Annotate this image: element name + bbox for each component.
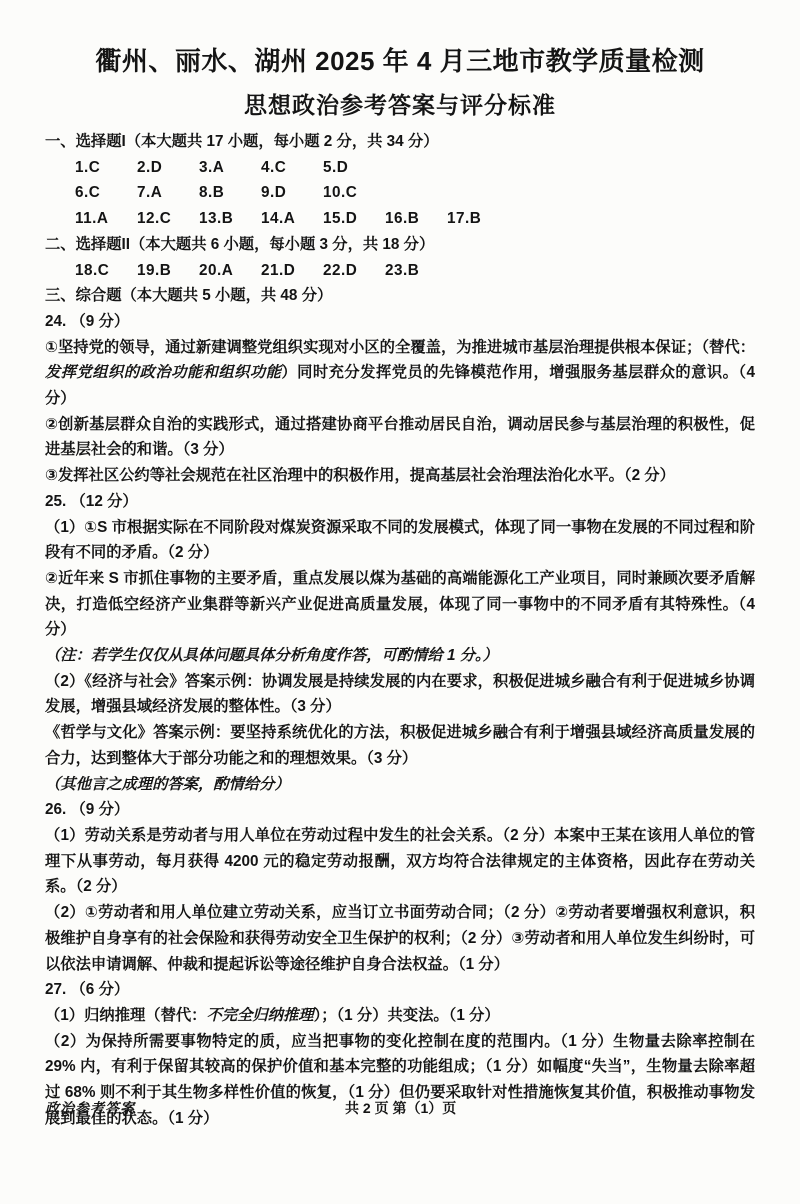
answer-item: 22.D xyxy=(323,258,385,284)
document-page: 衢州、丽水、湖州 2025 年 4 月三地市教学质量检测 思想政治参考答案与评分… xyxy=(0,0,800,1204)
text-segment: 25. （12 分） xyxy=(45,493,138,510)
text-segment: （1）①S 市根据实际在不同阶段对煤炭资源采取不同的发展模式，体现了同一事物在发… xyxy=(45,519,755,562)
paragraph: （1）归纳推理（替代：不完全归纳推理）；（1 分）共变法。（1 分） xyxy=(45,1003,755,1029)
text-segment: （本大题共 6 小题，每小题 3 分，共 18 分） xyxy=(130,236,434,253)
answer-item: 1.C xyxy=(75,155,137,181)
answer-item: 9.D xyxy=(261,180,323,206)
answer-item: 17.B xyxy=(447,206,509,232)
section-heading: 二、选择题II（本大题共 6 小题，每小题 3 分，共 18 分） xyxy=(45,232,755,258)
answer-item: 11.A xyxy=(75,206,137,232)
answer-row: 6.C7.A8.B9.D10.C xyxy=(45,180,755,206)
paragraph: ②创新基层群众自治的实践形式，通过搭建协商平台推动居民自治，调动居民参与基层治理… xyxy=(45,412,755,463)
document-body: 一、选择题I（本大题共 17 小题，每小题 2 分，共 34 分）1.C2.D3… xyxy=(0,129,800,1131)
answer-item: 20.A xyxy=(199,258,261,284)
answer-item: 5.D xyxy=(323,155,385,181)
text-segment: （本大题共 5 小题，共 48 分） xyxy=(122,287,333,304)
answer-row: 11.A12.C13.B14.A15.D16.B17.B xyxy=(45,206,755,232)
question-heading: 24. （9 分） xyxy=(45,309,755,335)
paragraph: （其他言之成理的答案，酌情给分） xyxy=(45,772,755,798)
paragraph: （注：若学生仅仅从具体问题具体分析角度作答，可酌情给 1 分。） xyxy=(45,643,755,669)
text-segment: 一、选择题I xyxy=(45,133,126,150)
text-segment: （2）①劳动者和用人单位建立劳动关系，应当订立书面劳动合同；（2 分）②劳动者要… xyxy=(45,904,755,972)
text-segment: 发挥党组织的政治功能和组织功能 xyxy=(45,364,281,381)
paragraph: （1）①S 市根据实际在不同阶段对煤炭资源采取不同的发展模式，体现了同一事物在发… xyxy=(45,515,755,566)
answer-item: 21.D xyxy=(261,258,323,284)
section-heading: 一、选择题I（本大题共 17 小题，每小题 2 分，共 34 分） xyxy=(45,129,755,155)
text-segment: 不完全归纳推理 xyxy=(206,1007,313,1024)
text-segment: 《哲学与文化》答案示例：要坚持系统优化的方法，积极促进城乡融合有利于增强县域经济… xyxy=(45,724,755,767)
paragraph: 《哲学与文化》答案示例：要坚持系统优化的方法，积极促进城乡融合有利于增强县域经济… xyxy=(45,720,755,771)
text-segment: ②创新基层群众自治的实践形式，通过搭建协商平台推动居民自治，调动居民参与基层治理… xyxy=(45,416,755,459)
text-segment: 三、综合题 xyxy=(45,287,122,304)
text-segment: 24. （9 分） xyxy=(45,313,129,330)
text-segment: （2）《经济与社会》答案示例：协调发展是持续发展的内在要求，积极促进城乡融合有利… xyxy=(45,673,755,716)
question-heading: 25. （12 分） xyxy=(45,489,755,515)
question-heading: 26. （9 分） xyxy=(45,797,755,823)
answer-item: 8.B xyxy=(199,180,261,206)
answer-item: 14.A xyxy=(261,206,323,232)
paragraph: （1）劳动关系是劳动者与用人单位在劳动过程中发生的社会关系。（2 分）本案中王某… xyxy=(45,823,755,900)
text-segment: ②近年来 S 市抓住事物的主要矛盾，重点发展以煤为基础的高端能源化工产业项目，同… xyxy=(45,570,755,638)
footer-page-number: 共 2 页 第（1）页 xyxy=(345,1098,456,1118)
document-title: 衢州、丽水、湖州 2025 年 4 月三地市教学质量检测 xyxy=(0,42,800,80)
paragraph: ①坚持党的领导，通过新建调整党组织实现对小区的全覆盖，为推进城市基层治理提供根本… xyxy=(45,335,755,412)
answer-row: 1.C2.D3.A4.C5.D xyxy=(45,155,755,181)
section-heading: 三、综合题（本大题共 5 小题，共 48 分） xyxy=(45,283,755,309)
question-heading: 27. （6 分） xyxy=(45,977,755,1003)
answer-item: 4.C xyxy=(261,155,323,181)
text-segment: 26. （9 分） xyxy=(45,801,129,818)
text-segment: ③发挥社区公约等社会规范在社区治理中的积极作用，提高基层社会治理法治化水平。（2… xyxy=(45,467,675,484)
answer-item: 6.C xyxy=(75,180,137,206)
footer-document-label: 政治参考答案 xyxy=(45,1098,135,1118)
text-segment: 27. （6 分） xyxy=(45,981,129,998)
text-segment: 二、选择题II xyxy=(45,236,130,253)
answer-item: 16.B xyxy=(385,206,447,232)
text-segment: （其他言之成理的答案，酌情给分） xyxy=(45,776,290,793)
answer-item: 7.A xyxy=(137,180,199,206)
answer-item: 19.B xyxy=(137,258,199,284)
text-segment: （注：若学生仅仅从具体问题具体分析角度作答，可酌情给 1 分。） xyxy=(45,647,498,664)
answer-item: 15.D xyxy=(323,206,385,232)
answer-item: 12.C xyxy=(137,206,199,232)
text-segment: ①坚持党的领导，通过新建调整党组织实现对小区的全覆盖，为推进城市基层治理提供根本… xyxy=(45,339,755,356)
document-subtitle: 思想政治参考答案与评分标准 xyxy=(0,88,800,122)
text-segment: ）；（1 分）共变法。（1 分） xyxy=(314,1007,500,1024)
answer-item: 2.D xyxy=(137,155,199,181)
answer-item: 3.A xyxy=(199,155,261,181)
answer-item: 23.B xyxy=(385,258,447,284)
answer-row: 18.C19.B20.A21.D22.D23.B xyxy=(45,258,755,284)
answer-item: 18.C xyxy=(75,258,137,284)
paragraph: ③发挥社区公约等社会规范在社区治理中的积极作用，提高基层社会治理法治化水平。（2… xyxy=(45,463,755,489)
text-segment: （1）劳动关系是劳动者与用人单位在劳动过程中发生的社会关系。（2 分）本案中王某… xyxy=(45,827,755,895)
paragraph: （2）①劳动者和用人单位建立劳动关系，应当订立书面劳动合同；（2 分）②劳动者要… xyxy=(45,900,755,977)
text-segment: （1）归纳推理（替代： xyxy=(45,1007,206,1024)
paragraph: ②近年来 S 市抓住事物的主要矛盾，重点发展以煤为基础的高端能源化工产业项目，同… xyxy=(45,566,755,643)
answer-item: 10.C xyxy=(323,180,385,206)
answer-item: 13.B xyxy=(199,206,261,232)
paragraph: （2）《经济与社会》答案示例：协调发展是持续发展的内在要求，积极促进城乡融合有利… xyxy=(45,669,755,720)
text-segment: （本大题共 17 小题，每小题 2 分，共 34 分） xyxy=(126,133,439,150)
